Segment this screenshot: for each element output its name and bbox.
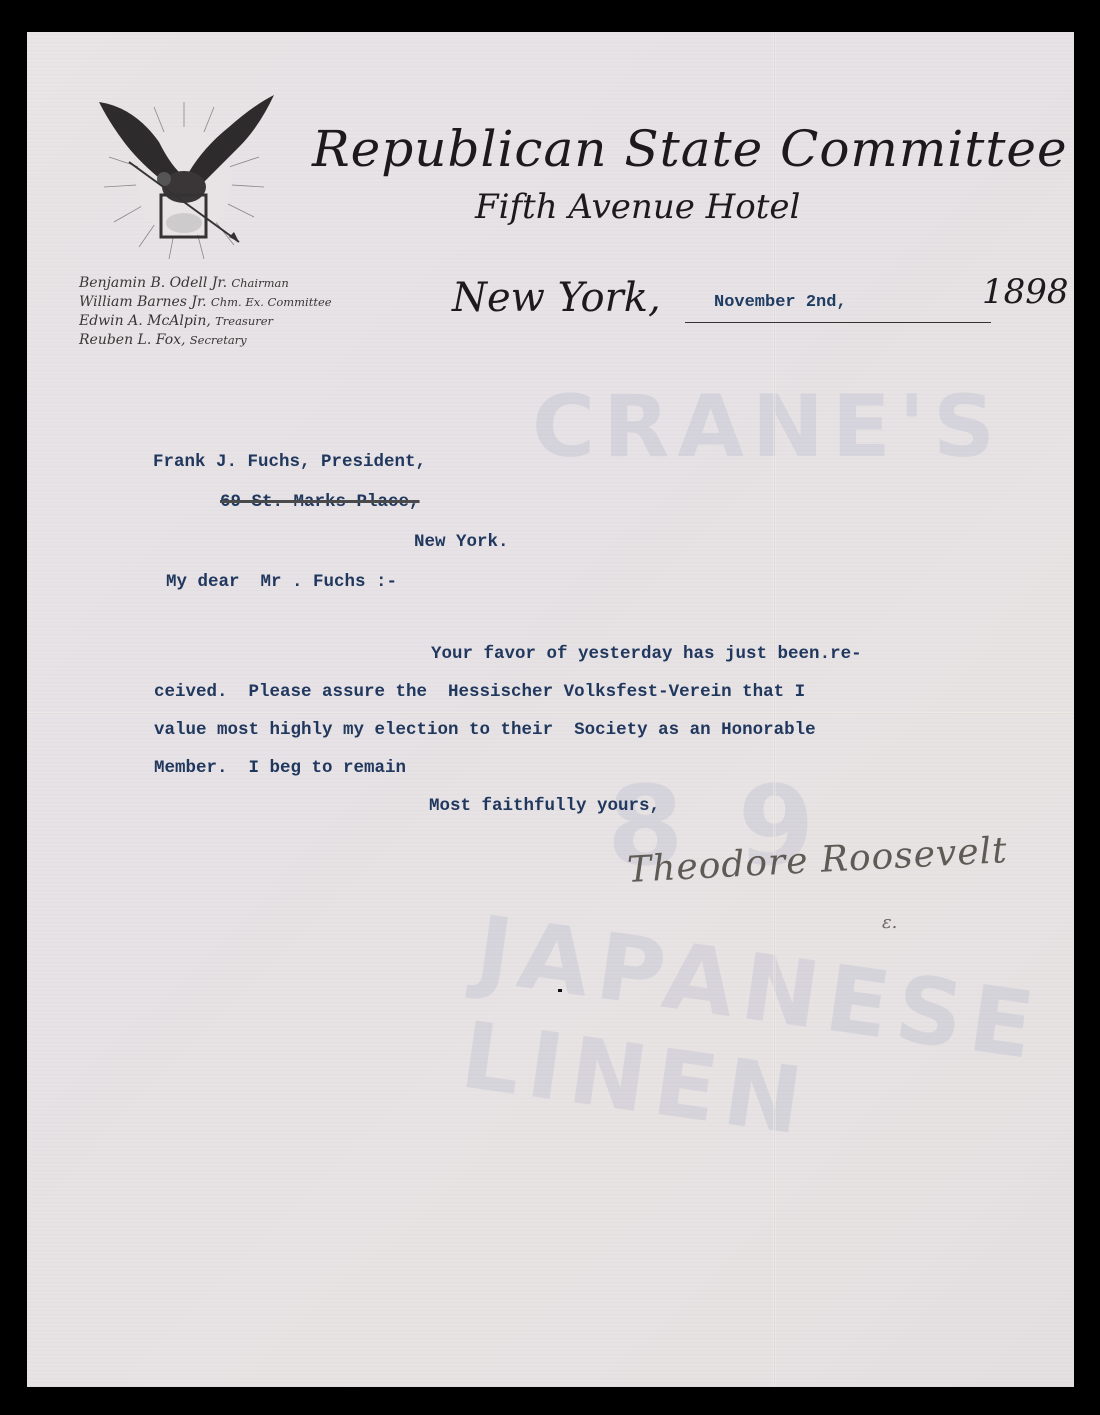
eagle-emblem-icon [89,87,279,262]
letterhead-city: New York, [452,275,661,321]
closing: Most faithfully yours, [429,796,660,816]
watermark-cranes: CRANE'S [532,377,1003,477]
vertical-fold-crease [773,32,776,1387]
body-line-2: ceived. Please assure the Hessischer Vol… [154,682,805,702]
letterhead-year: 1898 [982,272,1069,312]
officer-row: Reuben L. Fox, Secretary [79,331,332,350]
body-line-4: Member. I beg to remain [154,758,406,778]
committee-officers-list: Benjamin B. Odell Jr. Chairman William B… [79,274,332,350]
recipient-name-line: Frank J. Fuchs, President, [153,452,426,472]
organization-title: Republican State Committee [312,120,1068,178]
letter-paper: CRANE'S 8 9 JAPANESE LINEN Benjamin B. O… [27,32,1074,1387]
watermark-japanese-linen: JAPANESE LINEN [455,896,1074,1192]
signature-mark: ε. [882,912,897,933]
date-underline [685,322,991,323]
officer-row: Benjamin B. Odell Jr. Chairman [79,274,332,293]
body-line-3: value most highly my election to their S… [154,720,816,740]
letter-date: November 2nd, [714,293,847,312]
organization-location: Fifth Avenue Hotel [475,187,800,227]
recipient-city-line: New York. [414,532,509,552]
ink-speck [558,989,562,992]
body-line-1: Your favor of yesterday has just been.re… [431,644,862,664]
officer-row: Edwin A. McAlpin, Treasurer [79,312,332,331]
salutation: My dear Mr . Fuchs :- [166,572,397,592]
officer-row: William Barnes Jr. Chm. Ex. Committee [79,293,332,312]
recipient-address-struck: 69 St. Marks Place, [220,492,420,512]
horizontal-fold-crease [27,712,1074,715]
